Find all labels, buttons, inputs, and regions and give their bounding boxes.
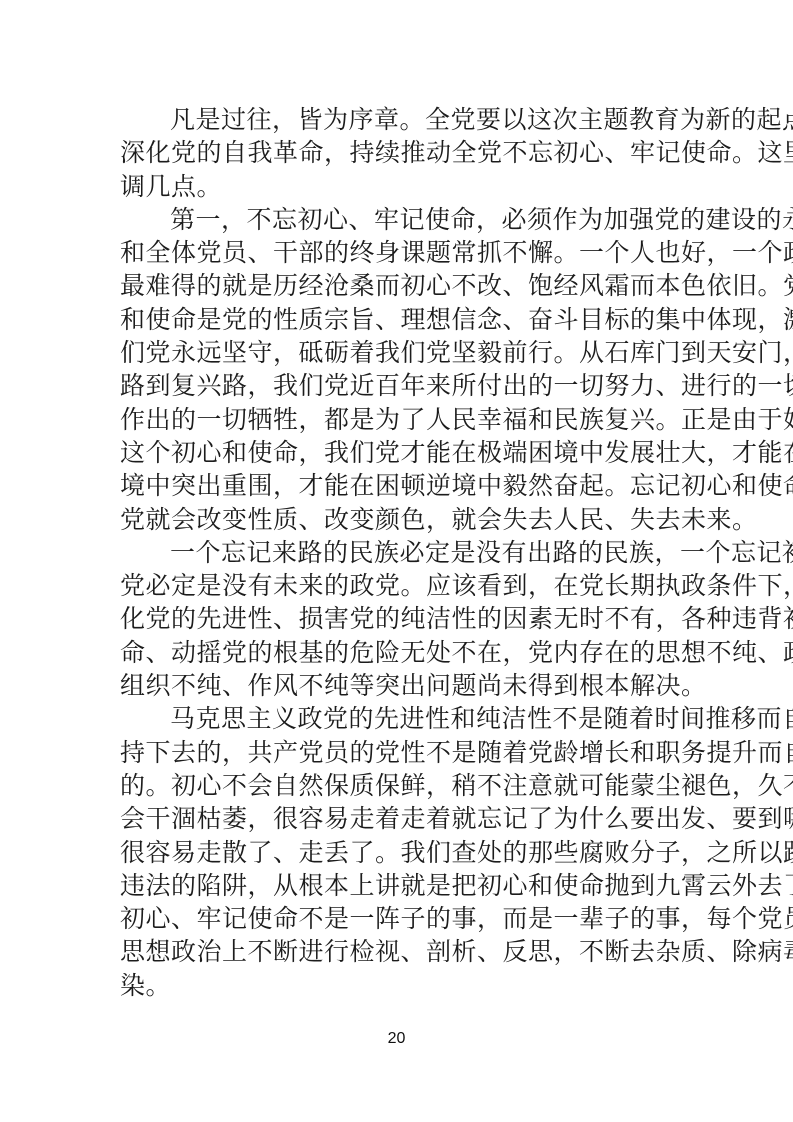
text-line: 初心、牢记使命不是一阵子的事，而是一辈子的事，每个党员都要在 [120,903,673,936]
text-line: 和使命是党的性质宗旨、理想信念、奋斗目标的集中体现，激励着我 [120,304,673,337]
text-line: 的。初心不会自然保质保鲜，稍不注意就可能蒙尘褪色，久不滋养就 [120,770,673,803]
text-line: 染。 [120,970,673,1003]
text-line: 命、动摇党的根基的危险无处不在，党内存在的思想不纯、政治不纯、 [120,637,673,670]
text-line: 们党永远坚守，砥砺着我们党坚毅前行。从石库门到天安门，从兴业 [120,337,673,370]
document-page: 凡是过往，皆为序章。全党要以这次主题教育为新的起点，不断 深化党的自我革命，持续… [0,0,793,1122]
text-line: 境中突出重围，才能在困顿逆境中毅然奋起。忘记初心和使命，我们 [120,470,673,503]
text-line: 化党的先进性、损害党的纯洁性的因素无时不有，各种违背初心和使 [120,603,673,636]
text-line: 组织不纯、作风不纯等突出问题尚未得到根本解决。 [120,670,673,703]
text-line: 持下去的，共产党员的党性不是随着党龄增长和职务提升而自然提高 [120,737,673,770]
text-line: 最难得的就是历经沧桑而初心不改、饱经风霜而本色依旧。党的初心 [120,270,673,303]
text-line: 第一，不忘初心、牢记使命，必须作为加强党的建设的永恒课题 [120,204,673,237]
text-line: 和全体党员、干部的终身课题常抓不懈。一个人也好，一个政党也好， [120,237,673,270]
text-line: 凡是过往，皆为序章。全党要以这次主题教育为新的起点，不断 [120,104,673,137]
text-line: 违法的陷阱，从根本上讲就是把初心和使命抛到九霄云外去了。不忘 [120,870,673,903]
document-body: 凡是过往，皆为序章。全党要以这次主题教育为新的起点，不断 深化党的自我革命，持续… [120,104,673,1003]
text-line: 党必定是没有未来的政党。应该看到，在党长期执政条件下，各种弱 [120,570,673,603]
text-line: 党就会改变性质、改变颜色，就会失去人民、失去未来。 [120,504,673,537]
text-line: 思想政治上不断进行检视、剖析、反思，不断去杂质、除病毒、防污 [120,936,673,969]
text-line: 马克思主义政党的先进性和纯洁性不是随着时间推移而自然保 [120,703,673,736]
text-line: 深化党的自我革命，持续推动全党不忘初心、牢记使命。这里，我强 [120,137,673,170]
page-footer: 20 [0,1030,793,1048]
page-number: 20 [388,1030,406,1047]
text-line: 这个初心和使命，我们党才能在极端困境中发展壮大，才能在濒临绝 [120,437,673,470]
text-line: 调几点。 [120,171,673,204]
text-line: 会干涸枯萎，很容易走着走着就忘记了为什么要出发、要到哪里去， [120,803,673,836]
text-line: 作出的一切牺牲，都是为了人民幸福和民族复兴。正是由于始终坚守 [120,404,673,437]
text-line: 很容易走散了、走丢了。我们查处的那些腐败分子，之所以跌入违纪 [120,837,673,870]
text-line: 一个忘记来路的民族必定是没有出路的民族，一个忘记初心的政 [120,537,673,570]
text-line: 路到复兴路，我们党近百年来所付出的一切努力、进行的一切斗争、 [120,370,673,403]
